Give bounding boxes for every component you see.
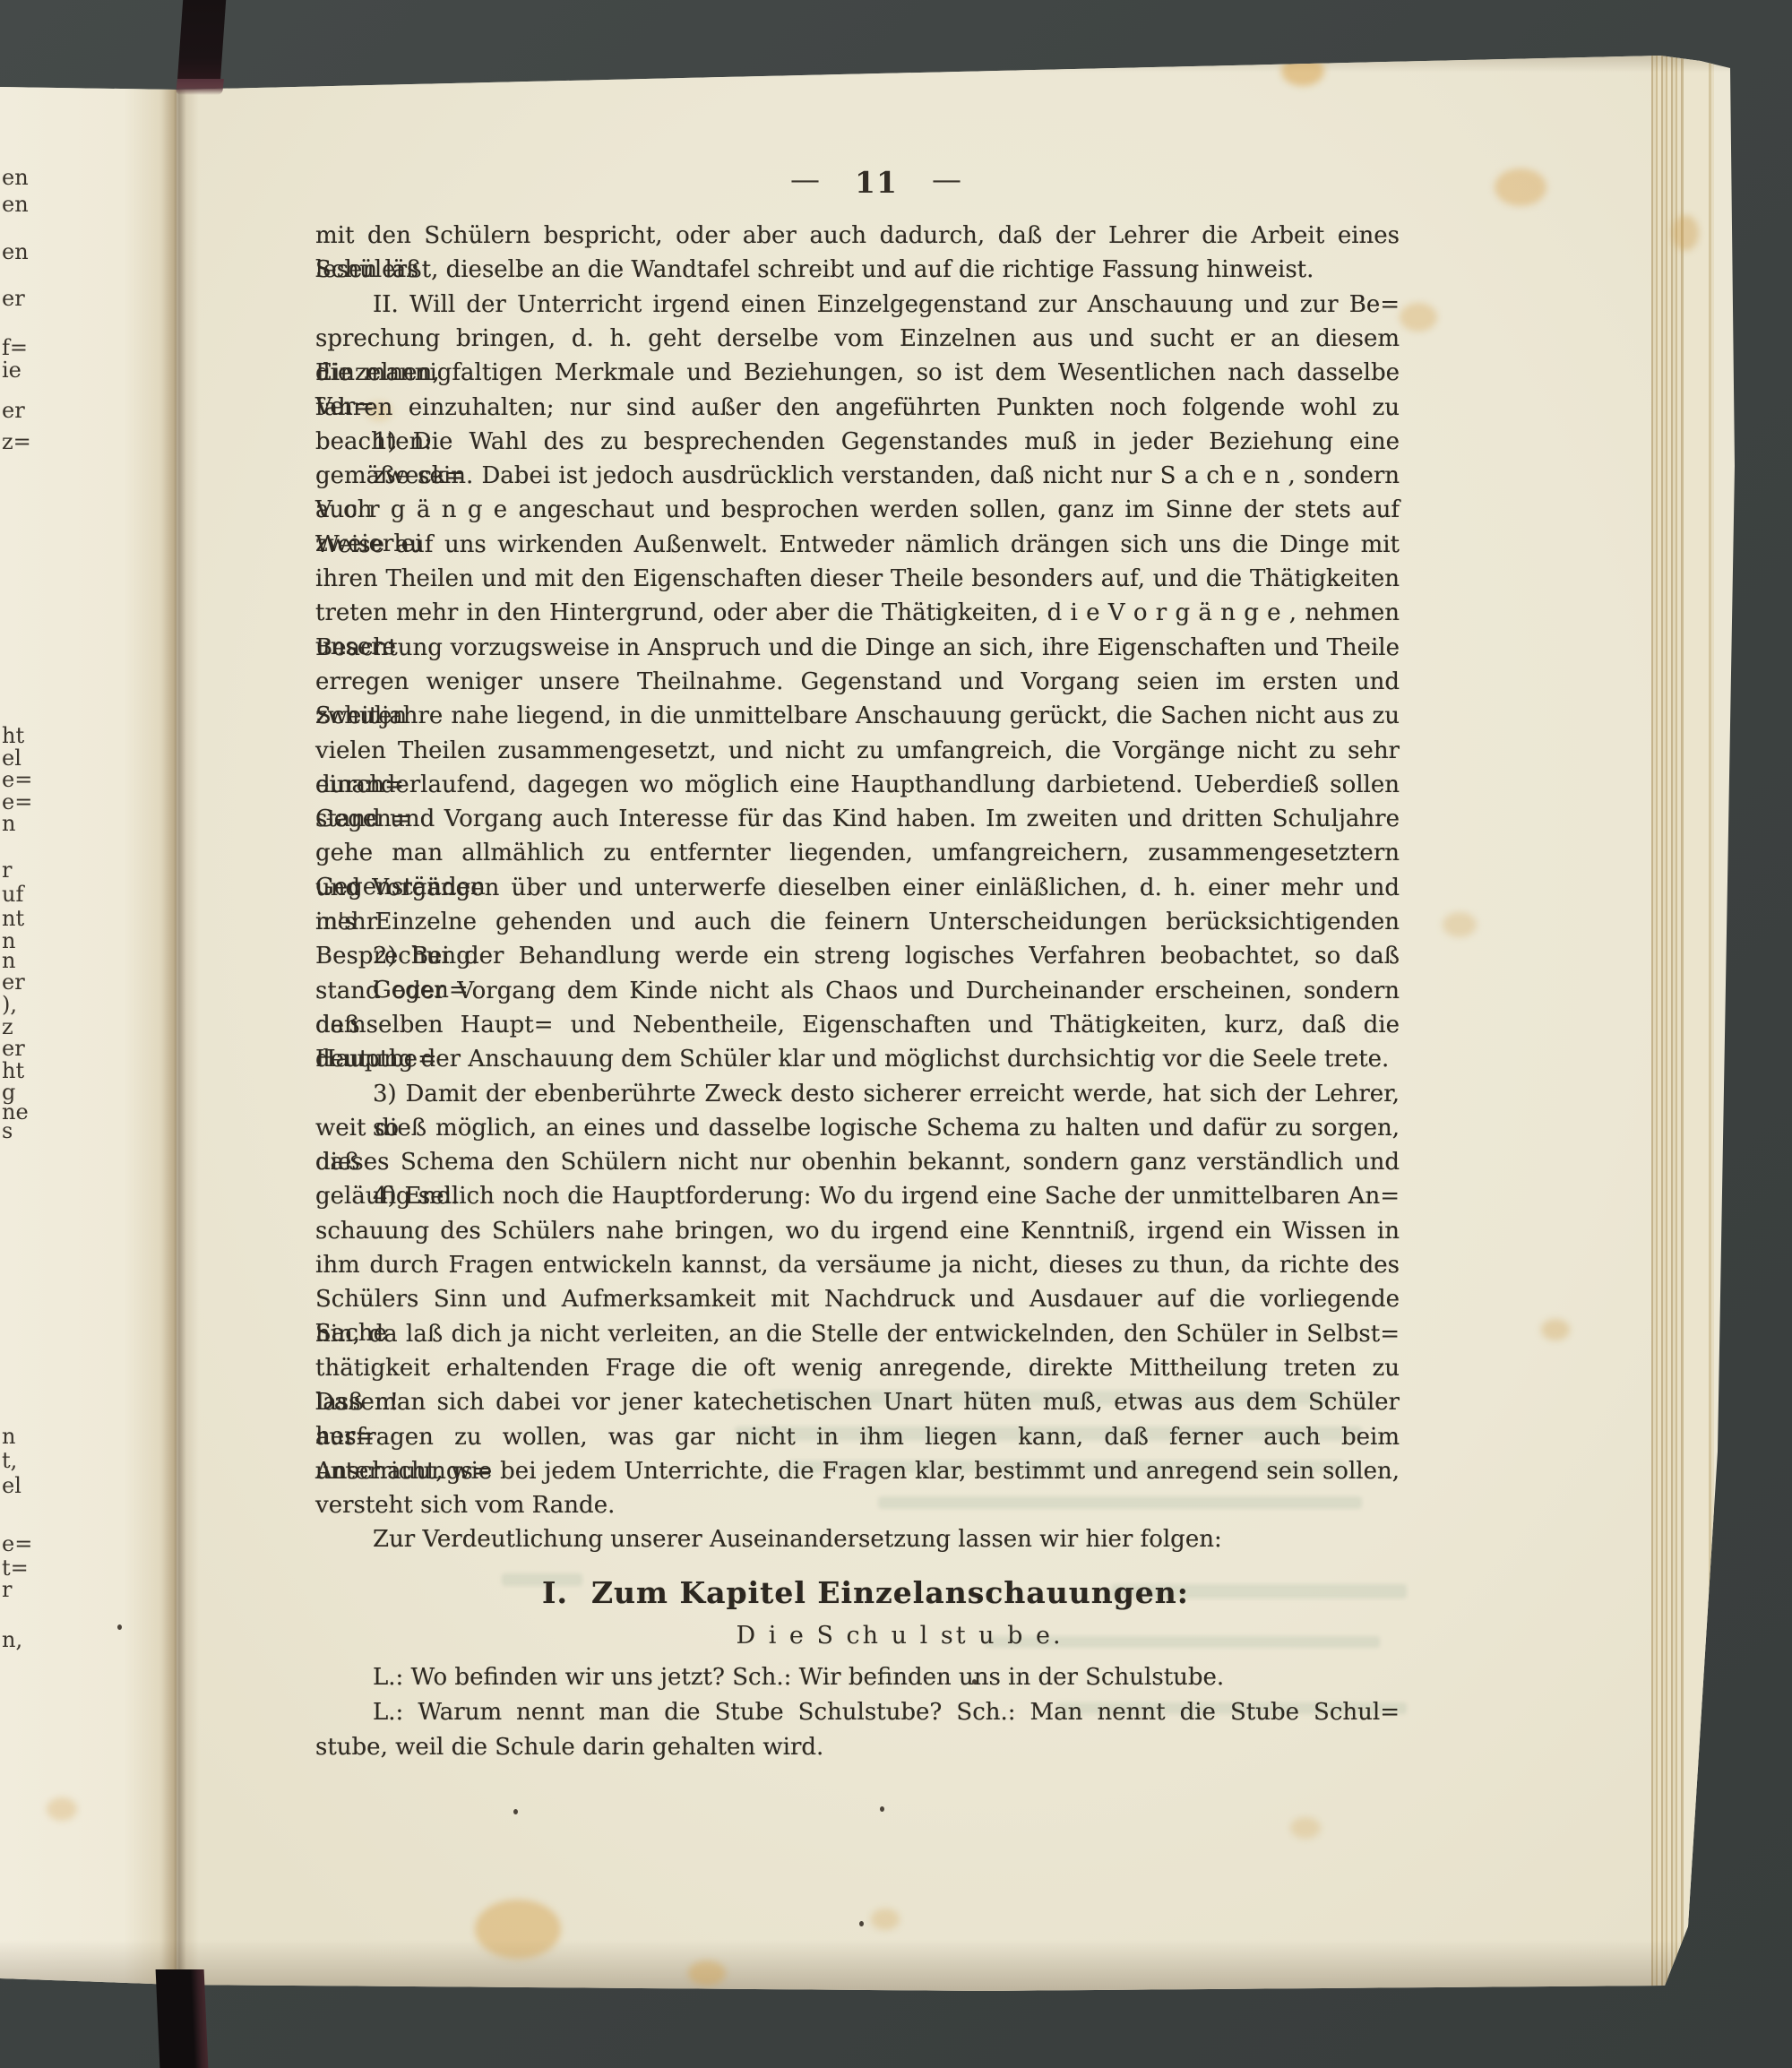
left-page-word-fragment: en bbox=[2, 165, 29, 190]
body-line: ihm durch Fragen entwickeln kannst, da v… bbox=[315, 1248, 1400, 1283]
body-line: Schülers Sinn und Aufmerksamkeit mit Nac… bbox=[315, 1282, 1400, 1317]
page-number-row: —11— bbox=[334, 165, 1418, 200]
section-subheading: D i e S ch u l st u b e. bbox=[358, 1622, 1442, 1650]
book-spread: enenenerf=ieerz=htele=e=nrufntnner),zerh… bbox=[0, 0, 1792, 2068]
dialogue-line: L.: Warum nennt man die Stube Schulstube… bbox=[315, 1695, 1400, 1730]
body-line: deutung der Anschauung dem Schüler klar … bbox=[315, 1042, 1400, 1077]
body-line: dieses Schema den Schülern nicht nur obe… bbox=[315, 1145, 1400, 1180]
left-page-word-fragment: er bbox=[2, 398, 25, 423]
body-line: schauung des Schülers nahe bringen, wo d… bbox=[315, 1214, 1400, 1249]
left-page-word-fragment: er bbox=[2, 969, 25, 995]
body-line: V o r g ä n g e angeschaut und besproche… bbox=[315, 493, 1400, 528]
section-heading-title: Zum Kapitel Einzelanschauungen: bbox=[591, 1575, 1189, 1610]
foxing-stain bbox=[1495, 168, 1546, 206]
gutter-shadow bbox=[159, 49, 199, 1994]
bookmark-ribbon-top bbox=[177, 0, 226, 82]
left-page-word-fragment: e= bbox=[2, 767, 32, 792]
body-line: Schuljahre nahe liegend, in die unmittel… bbox=[315, 699, 1400, 734]
body-line: versteht sich vom Rande. bbox=[315, 1488, 1400, 1523]
body-line: und Vorgängen über und unterwerfe diesel… bbox=[315, 871, 1400, 906]
foxing-stain bbox=[1443, 912, 1477, 937]
body-line: treten mehr in den Hintergrund, oder abe… bbox=[315, 596, 1400, 631]
left-page-word-fragment: ht bbox=[2, 723, 24, 748]
left-page-word-fragment: ie bbox=[2, 358, 22, 383]
left-page-word-fragment: n bbox=[2, 811, 15, 836]
body-line: 2) Bei der Behandlung werde ein streng l… bbox=[315, 939, 1400, 974]
left-page-word-fragment: er bbox=[2, 1036, 25, 1061]
body-line: gehe man allmählich zu entfernter liegen… bbox=[315, 836, 1400, 871]
scan-photo: enenenerf=ieerz=htele=e=nrufntnner),zerh… bbox=[0, 0, 1792, 2068]
body-line: thätigkeit erhaltenden Frage die oft wen… bbox=[315, 1351, 1400, 1386]
body-line: gemäße sein. Dabei ist jedoch ausdrückli… bbox=[315, 459, 1400, 494]
body-line: unterricht, wie bei jedem Unterrichte, d… bbox=[315, 1454, 1400, 1489]
ink-speck bbox=[117, 1624, 122, 1630]
left-page-word-fragment: nt bbox=[2, 906, 24, 931]
left-page-word-fragment: er bbox=[2, 286, 25, 311]
foxing-stain bbox=[1672, 215, 1699, 251]
left-page-word-fragment: ), bbox=[2, 992, 17, 1017]
left-page-word-fragment: n, bbox=[2, 1627, 22, 1652]
body-line: in's Einzelne gehenden und auch die fein… bbox=[315, 905, 1400, 940]
body-line: demselben Haupt= und Nebentheile, Eigens… bbox=[315, 1008, 1400, 1043]
body-line: Weise auf uns wirkenden Außenwelt. Entwe… bbox=[315, 528, 1400, 563]
body-line: II. Will der Unterricht irgend einen Ein… bbox=[315, 288, 1400, 323]
dialogue-line: stube, weil die Schule darin gehalten wi… bbox=[315, 1730, 1400, 1765]
left-page-word-fragment: e= bbox=[2, 1531, 32, 1556]
bookmark-ribbon-bottom bbox=[156, 1969, 209, 2068]
page-text: —11— mit den Schülern bespricht, oder ab… bbox=[315, 0, 1400, 2068]
left-page-word-fragment: el bbox=[2, 1473, 22, 1498]
page-number-dash-left: — bbox=[756, 161, 855, 196]
body-line: fahren einzuhalten; nur sind außer den a… bbox=[315, 391, 1400, 426]
top-edge-shade bbox=[0, 49, 1735, 73]
body-line: 4) Endlich noch die Hauptforderung: Wo d… bbox=[315, 1179, 1400, 1214]
left-page-word-fragment: f= bbox=[2, 335, 28, 360]
page-number: 11 bbox=[855, 165, 898, 200]
body-line: erregen weniger unsere Theilnahme. Gegen… bbox=[315, 665, 1400, 700]
body-line: 1) Die Wahl des zu besprechenden Gegenst… bbox=[315, 425, 1400, 460]
dialogue-line: L.: Wo befinden wir uns jetzt? Sch.: Wir… bbox=[315, 1660, 1400, 1695]
body-line: ausfragen zu wollen, was gar nicht in ih… bbox=[315, 1420, 1400, 1455]
left-page-word-fragment: t, bbox=[2, 1448, 17, 1473]
body-line: mit den Schülern bespricht, oder aber au… bbox=[315, 219, 1400, 254]
body-line: lesen läßt, dieselbe an die Wandtafel sc… bbox=[315, 253, 1400, 288]
under-leaf-edge bbox=[1682, 54, 1714, 1994]
left-page-word-fragment: uf bbox=[2, 882, 23, 907]
page-number-dash-right: — bbox=[898, 161, 996, 196]
left-page-word-fragment: en bbox=[2, 239, 29, 264]
section-heading-numeral: I. bbox=[542, 1575, 568, 1610]
body-line: Beachtung vorzugsweise in Anspruch und d… bbox=[315, 631, 1400, 666]
left-page-word-fragment: r bbox=[2, 857, 12, 883]
foxing-stain bbox=[1400, 303, 1437, 332]
body-line: stand oder Vorgang dem Kinde nicht als C… bbox=[315, 974, 1400, 1009]
left-page-word-fragment: n bbox=[2, 1424, 15, 1449]
left-page-word-fragment: z= bbox=[2, 429, 31, 454]
body-line: Daß man sich dabei vor jener katechetisc… bbox=[315, 1385, 1400, 1420]
body-line: Zur Verdeutlichung unserer Auseinanderse… bbox=[315, 1522, 1400, 1557]
body-line: 3) Damit der ebenberührte Zweck desto si… bbox=[315, 1077, 1400, 1112]
body-line: stand und Vorgang auch Interesse für das… bbox=[315, 802, 1400, 837]
body-line: hin, da laß dich ja nicht verleiten, an … bbox=[315, 1317, 1400, 1352]
section-heading: I.Zum Kapitel Einzelanschauungen: bbox=[323, 1575, 1408, 1610]
left-page-word-fragment: s bbox=[2, 1118, 13, 1143]
body-line: einanderlaufend, dagegen wo möglich eine… bbox=[315, 768, 1400, 803]
body-line: vielen Theilen zusammengesetzt, und nich… bbox=[315, 734, 1400, 769]
body-line: weit dieß möglich, an eines und dasselbe… bbox=[315, 1111, 1400, 1146]
page-edge-stack bbox=[1651, 49, 1682, 1994]
body-line: sprechung bringen, d. h. geht derselbe v… bbox=[315, 322, 1400, 357]
body-line: die mannigfaltigen Merkmale und Beziehun… bbox=[315, 356, 1400, 391]
left-page-word-fragment: en bbox=[2, 192, 29, 217]
body-line: ihren Theilen und mit den Eigenschaften … bbox=[315, 562, 1400, 597]
foxing-stain bbox=[1541, 1319, 1570, 1340]
left-page-text-fragments: enenenerf=ieerz=htele=e=nrufntnner),zerh… bbox=[0, 0, 63, 2068]
left-page-word-fragment: r bbox=[2, 1577, 12, 1602]
bookmark-ribbon-top-tip bbox=[176, 79, 224, 95]
